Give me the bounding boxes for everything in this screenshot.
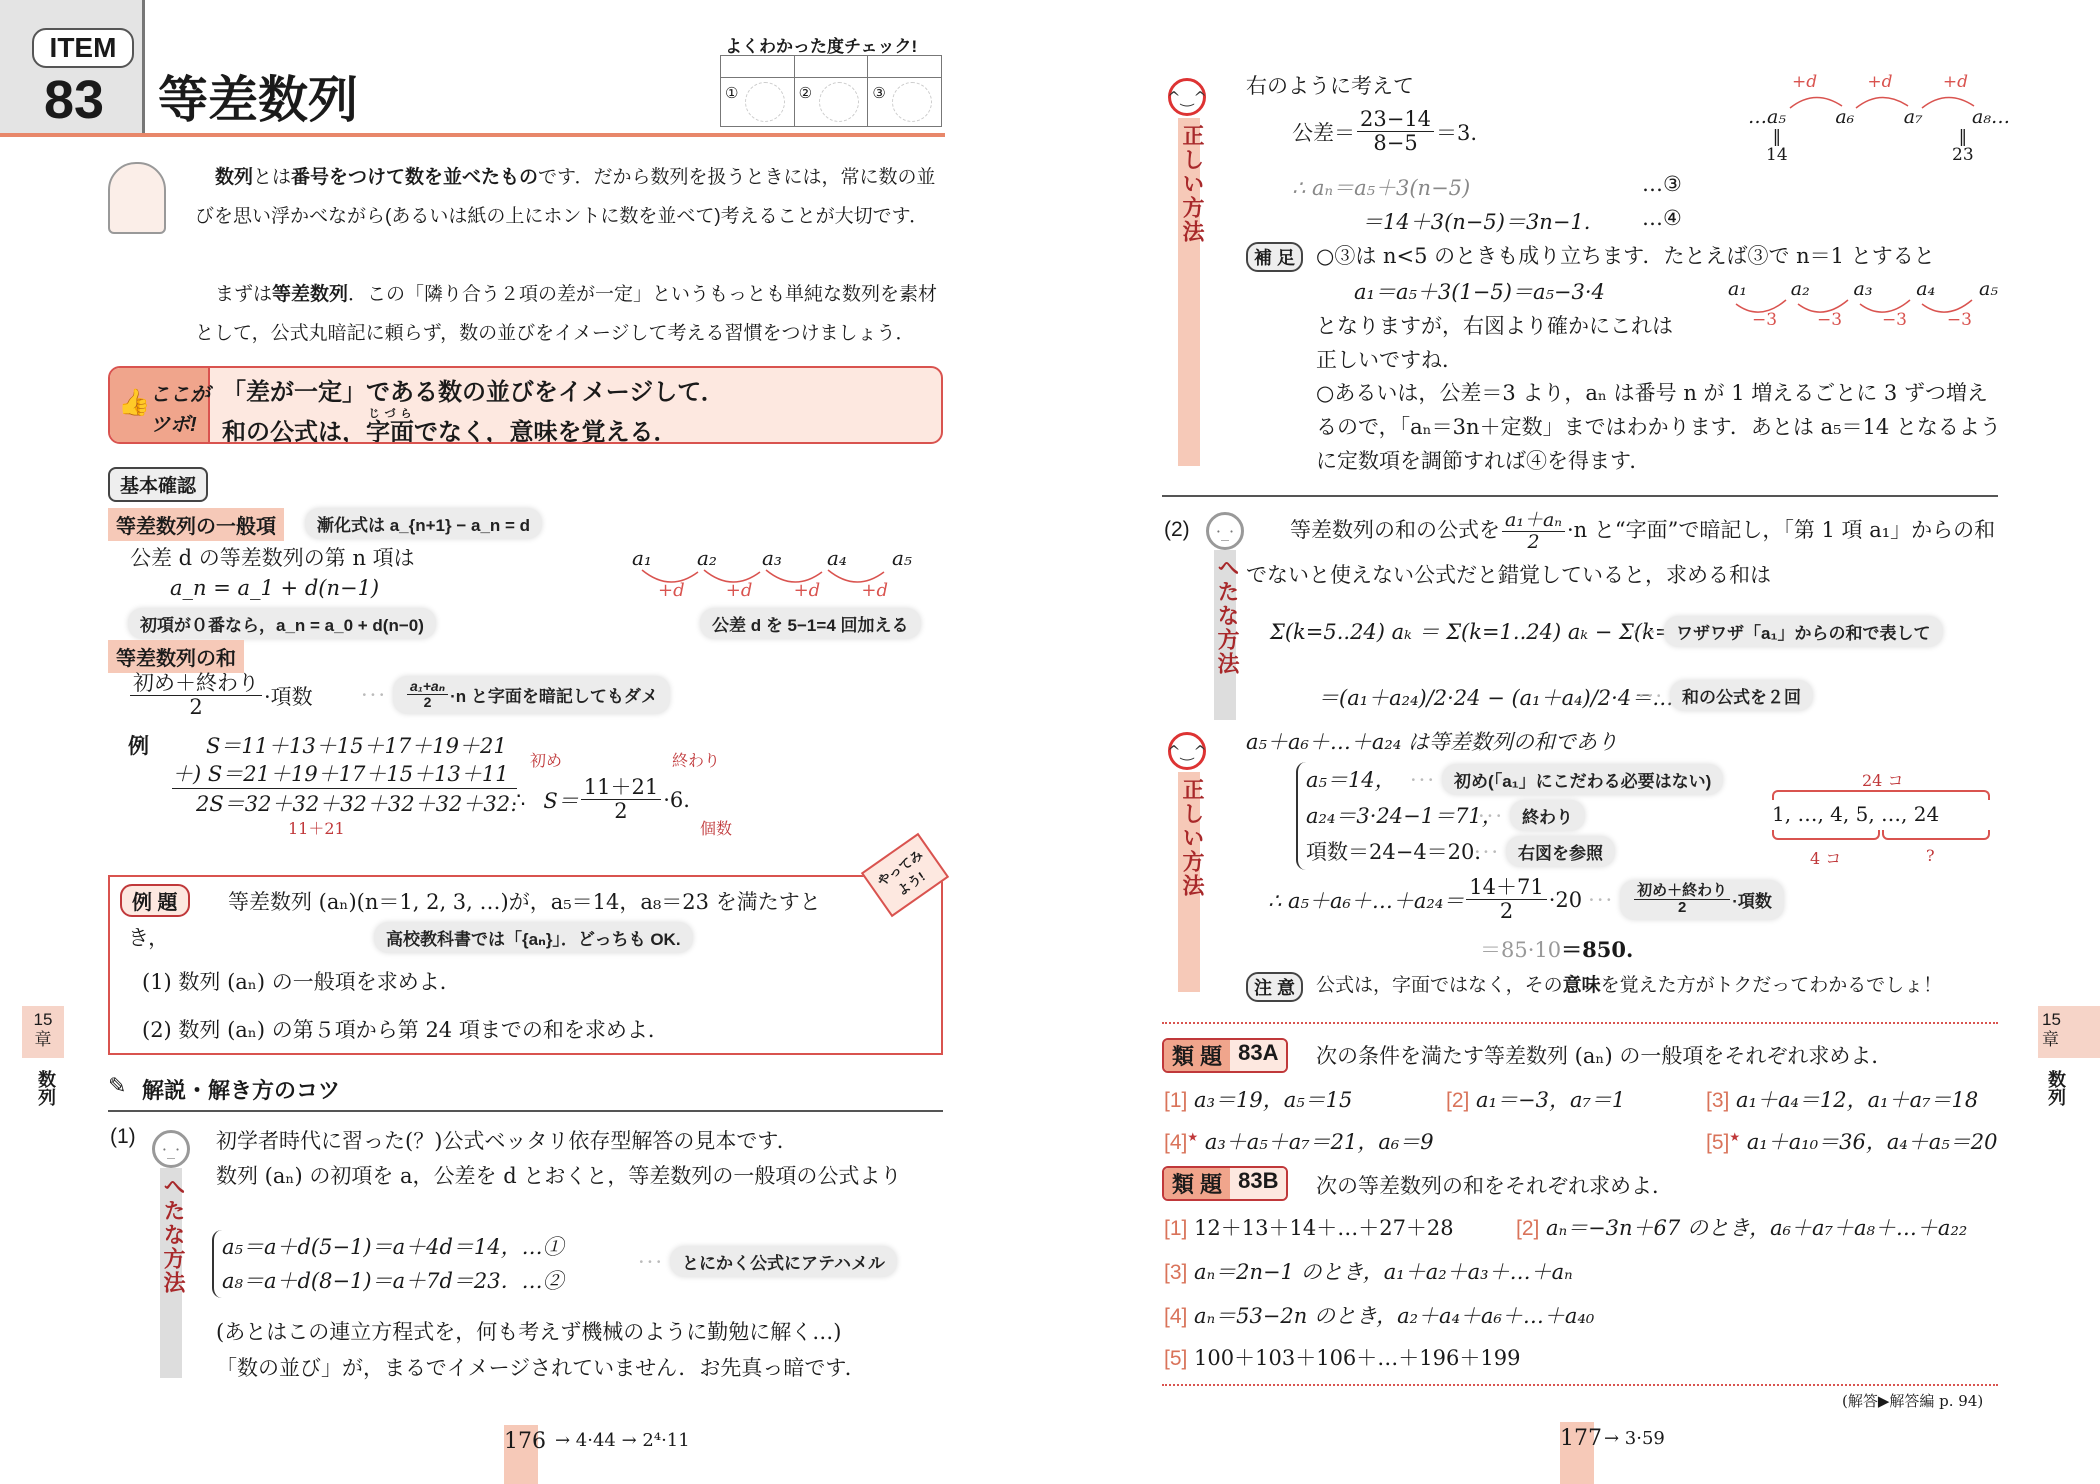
supplement-line-5: ○あるいは，公差＝3 より，aₙ は番号 n が 1 増えるごとに 3 ずつ増え…: [1316, 376, 2006, 478]
sum-heading: 等差数列の和: [108, 640, 244, 673]
good-2-result: ∴ a₅＋a₆＋…＋a₂₄＝ 14＋712 ·20 ··· 初め＋終わり2·項数: [1268, 876, 1784, 923]
diagram-3-seq: 1, …, 4, 5, …, 24: [1772, 802, 1939, 826]
annotation-last: 終わり: [672, 748, 720, 771]
thumbs-up-icon: 👍: [118, 388, 150, 418]
diagram-2-steps: −3−3−3−3: [1752, 310, 1972, 330]
diagram-3-top: 24 コ: [1862, 768, 1903, 791]
part-1-line-1: 初学者時代に習った(？)公式ベッタリ依存型解答の見本です．: [216, 1125, 798, 1155]
equation-note: ···とにかく公式にアテハメル: [632, 1246, 897, 1277]
good-line-1: 右のように考えて: [1246, 70, 1414, 100]
case-note-2: ···終わり: [1472, 800, 1585, 831]
exercise-83b-item-5[interactable]: [5] 100＋103＋106＋…＋196＋199: [1164, 1342, 1520, 1372]
teacher-avatar-icon: [108, 162, 166, 234]
explanation-heading: 解説・解き方のコツ: [142, 1074, 340, 1105]
exercise-83b-item-1[interactable]: [1] 12＋13＋14＋…＋27＋28: [1164, 1212, 1454, 1242]
check-cell-1[interactable]: ①: [721, 56, 795, 126]
worried-face-icon: ·_·: [152, 1130, 190, 1168]
exercise-83b-item-4[interactable]: [4] aₙ＝53−2n のとき，a₂＋a₄＋a₆＋…＋a₄₀: [1164, 1300, 1594, 1330]
understanding-check-table: ① ② ③: [720, 55, 942, 127]
exercise-83b-item-2[interactable]: [2] aₙ＝−3n＋67 のとき，a₆＋a₇＋a₈＋…＋a₂₂: [1516, 1212, 1967, 1242]
equation-4-ref: …④: [1642, 206, 1682, 230]
exercise-83a-item-5[interactable]: [5]★ a₁＋a₁₀＝36，a₄＋a₅＝20: [1706, 1126, 1997, 1156]
case-note-3: ···右図を参照: [1468, 836, 1615, 867]
part-1-line-2: 数列 (aₙ) の初項を a，公差を d とおくと，等差数列の一般項の公式より: [216, 1159, 946, 1193]
smiling-face-icon: ^‿^: [1168, 78, 1206, 116]
case-note-1: ···初め(「a₁」にこだわる必要はない): [1404, 764, 1723, 795]
check-circle-icon: [745, 82, 785, 122]
part-1-label: (1): [110, 1125, 136, 1149]
common-difference-calc: 公差＝ 23−148−5 ＝3.: [1292, 108, 1477, 155]
header-rule: [0, 133, 945, 137]
sigma-note: ···ワザワザ「a₁」からの和で表して: [1626, 616, 1943, 647]
exercise-83b-item-3[interactable]: [3] aₙ＝2n−1 のとき，a₁＋a₂＋a₃＋…＋aₙ: [1164, 1256, 1573, 1286]
supplement-line-2: a₁＝a₅＋3(1−5)＝a₅−3·4: [1354, 276, 1605, 306]
bad-method-label-2: へたな方法: [1212, 556, 1243, 676]
key-point-badge-line1: ここが: [150, 378, 210, 407]
diagram-steps: +d+d+d+d: [658, 580, 888, 601]
diagram-1-steps: +d+d+d: [1792, 72, 1968, 92]
annotation-first: 初め: [530, 748, 562, 771]
dotted-rule-bottom: [1162, 1384, 1998, 1386]
zero-index-note: 初項が０番なら，a_n = a_0 + d(n−0): [128, 608, 436, 639]
recurrence-note: 漸化式は a_{n+1} − a_n = d: [305, 508, 542, 539]
good-2-line-1: a₅＋a₆＋…＋a₂₄ は等差数列の和であり: [1246, 726, 1618, 756]
example-result: ∴ S＝ 11＋212 ·6.: [512, 776, 690, 823]
right-page-number: 177: [1560, 1422, 1594, 1484]
common-difference-diagram: a₁a₂a₃a₄a₅: [632, 546, 912, 570]
left-page-number: 176: [504, 1425, 538, 1484]
intro-paragraph-2: まずは等差数列．この「隣り合う２項の差が一定」というもっとも単純な数列を素材とし…: [195, 275, 945, 353]
section-rule: [1162, 495, 1998, 497]
check-circle-icon: [819, 82, 859, 122]
sigma-line-2: ＝(a₁＋a₂₄)/2·24 − (a₁＋a₄)/2·4＝…: [1318, 682, 1673, 712]
example-problem-note: 高校教科書では「{aₙ}」．どっちも OK.: [374, 922, 693, 953]
caution-label: 注 意: [1246, 972, 1303, 1002]
check-cell-3[interactable]: ③: [868, 56, 941, 126]
intro-paragraph: 数列とは番号をつけて数を並べたものです．だから数列を扱うときには，常に数の並びを…: [195, 158, 945, 236]
annotation-count: 個数: [700, 816, 732, 839]
basic-check-label: 基本確認: [108, 467, 208, 502]
supplement-line-4: 正しいですね．: [1316, 344, 1463, 374]
item-label-badge: ITEM: [32, 28, 134, 68]
sum-formula: 初め＋終わり2 ·項数: [128, 672, 313, 719]
right-page-trivia: → 3·59: [1604, 1428, 1665, 1449]
check-circle-icon: [892, 82, 932, 122]
simultaneous-equations: a₅＝a＋d(5−1)＝a＋4d＝14，…① a₈＝a＋d(8−1)＝a＋7d＝…: [212, 1230, 564, 1298]
part-2-text: 等差数列の和の公式をa₁＋aₙ2·n と“字面”で暗記し，「第 1 項 a₁」か…: [1246, 508, 2006, 597]
caution-text: 公式は，字面ではなく，その意味を覚えた方がトクだってわかるでしょ！: [1316, 970, 1942, 997]
diagram-3-left: 4 コ: [1810, 846, 1841, 869]
key-point-line1: 「差が一定」である数の並びをイメージして．: [222, 372, 725, 407]
supplement-label: 補 足: [1246, 242, 1303, 272]
part-1-line-3: (あとはこの連立方程式を，何も考えず機械のように勤勉に解く…): [216, 1316, 841, 1346]
chapter-name-right: 数列: [2044, 1070, 2066, 1106]
bad-method-label: へたな方法: [158, 1175, 189, 1295]
good-2-result-2: ＝85·10＝850.: [1480, 934, 1633, 964]
key-point-box: ここが ツボ! 👍 「差が一定」である数の並びをイメージして． 和の公式は，字面…: [108, 366, 943, 444]
part-1-line-4: 「数の並び」が，まるでイメージされていません．お先真っ暗です．: [216, 1352, 866, 1382]
check-title: よくわかった度チェック!: [725, 32, 917, 57]
answer-reference[interactable]: (解答▶解答編 p. 94): [1842, 1390, 1983, 1411]
diagram-1-value-23: ‖23: [1952, 128, 1974, 164]
diagram-1-value-14: ‖14: [1766, 128, 1788, 164]
exercise-83b-badge: 類 題83B: [1162, 1166, 1288, 1201]
diagram-3-top-brace: [1772, 790, 1990, 800]
annotation-pair-sum: 11＋21: [288, 816, 345, 839]
diagram-2-terms: a₁a₂a₃a₄a₅: [1728, 278, 1998, 300]
pencil-icon: ✎: [108, 1074, 126, 1099]
check-cell-2[interactable]: ②: [795, 56, 869, 126]
diagram-3-right: ?: [1926, 846, 1935, 865]
star-icon: ★: [1729, 1130, 1740, 1144]
exercise-83b-text: 次の等差数列の和をそれぞれ求めよ．: [1316, 1170, 1673, 1200]
key-point-line2: 和の公式は，字面じづらでなく，意味を覚える．: [222, 408, 678, 444]
example-line-1: S＝11＋13＋15＋17＋19＋21: [206, 730, 507, 760]
chapter-tab-right: 15章: [2038, 1006, 2100, 1058]
left-page-trivia: → 4·44 → 2⁴·11: [555, 1430, 690, 1451]
smiling-face-icon: ^‿^: [1168, 732, 1206, 770]
supplement-line-1: ○③は n<5 のときも成り立ちます．たとえば③で n＝1 とすると: [1316, 240, 1935, 270]
general-term-formula: a_n = a_1 + d(n−1): [170, 576, 379, 600]
example-line-2: ＋) S＝21＋19＋17＋15＋13＋11: [172, 758, 517, 789]
example-question-1: (1) 数列 (aₙ) の一般項を求めよ．: [142, 966, 461, 996]
equation-3: ∴ aₙ＝a₅＋3(n−5): [1292, 172, 1470, 202]
diagram-1-terms: …a₅a₆a₇a₈…: [1748, 106, 2010, 128]
exercise-83a-item-4[interactable]: [4]★ a₃＋a₅＋a₇＝21，a₆＝9: [1164, 1126, 1434, 1156]
exercise-83a-item-1[interactable]: [1] a₃＝19，a₅＝15: [1164, 1084, 1352, 1114]
diagram-3-left-brace: [1772, 830, 1880, 840]
key-point-badge-line2: ツボ!: [150, 408, 197, 437]
chapter-tab-left: 15章: [22, 1006, 64, 1058]
good-method-label-1: 正しい方法: [1177, 124, 1208, 244]
exercise-83a-text: 次の条件を満たす等差数列 (aₙ) の一般項をそれぞれ求めよ．: [1316, 1040, 1892, 1070]
sigma-line-2-note: ···和の公式を２回: [1632, 680, 1813, 711]
diagram-note: 公差 d を 5−1=4 回加える: [700, 608, 921, 639]
part-2-label: (2): [1164, 518, 1190, 542]
diagram-3-right-brace: [1882, 830, 1990, 840]
worried-face-icon: ·_·: [1206, 512, 1244, 550]
exercise-83a-item-3[interactable]: [3] a₁＋a₄＝12，a₁＋a₇＝18: [1706, 1084, 1978, 1114]
exercise-83a-badge: 類 題83A: [1162, 1038, 1288, 1073]
explanation-rule: [108, 1110, 943, 1112]
exercise-83a-item-2[interactable]: [2] a₁＝−3，a₇＝1: [1446, 1084, 1625, 1114]
example-label: 例: [128, 730, 149, 760]
example-question-2: (2) 数列 (aₙ) の第５項から第 24 項までの和を求めよ．: [142, 1014, 669, 1044]
general-term-heading: 等差数列の一般項: [108, 508, 284, 541]
example-line-3: 2S＝32＋32＋32＋32＋32＋32.: [196, 788, 517, 818]
equation-4: ＝14＋3(n−5)＝3n−1.: [1362, 206, 1590, 236]
item-number: 83: [44, 70, 104, 130]
equation-3-ref: …③: [1642, 172, 1682, 196]
dotted-rule-top: [1162, 1022, 1998, 1024]
general-term-line: 公差 d の等差数列の第 n 項は: [130, 542, 415, 572]
supplement-line-3: となりますが，右図より確かにこれは: [1316, 310, 1673, 340]
sum-note: ··· a₁+aₙ2·n と字面を暗記してもダメ: [355, 676, 670, 714]
good-method-label-2: 正しい方法: [1177, 778, 1208, 898]
page-title: 等差数列: [158, 70, 358, 130]
chapter-name-left: 数列: [34, 1070, 56, 1106]
star-icon: ★: [1187, 1130, 1198, 1144]
